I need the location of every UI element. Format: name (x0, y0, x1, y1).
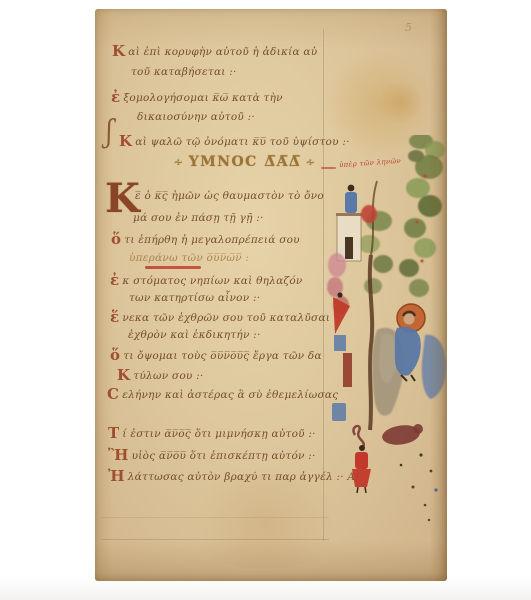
psalm-line: ἐκ στόματος νηπίων καὶ θηλαζόν (110, 271, 303, 289)
manuscript-page: 5 ʃ Καὶ ἐπὶ κορυφὴν αὐτοῦ ἡ ἀδικία αὐ το… (95, 9, 447, 581)
line-text: κ στόματος νηπίων καὶ θηλαζόν (122, 275, 302, 287)
stylite-figure-icon (345, 185, 357, 213)
psalm-line: των κατηρτίσω αἶνον :· (129, 292, 260, 304)
line-text: ξομολογήσομαι κ̅ω̅ κατὰ τὴν (123, 92, 282, 104)
line-initial: Ἢ (108, 446, 129, 464)
ruling-horizontal-upper (101, 517, 329, 518)
line-initial: ἕ (110, 308, 119, 326)
psalm-line: ὅτι ὄψομαι τοὺς ο̅υ̅ν̅ο̅υ̅ς̅ ἔργα τῶν δα (110, 346, 322, 364)
parchment-stain-small (377, 81, 425, 123)
line-initial: Κ (119, 132, 132, 150)
ruling-horizontal-lower (101, 539, 329, 540)
psalm-line: ἐχθρὸν καὶ ἐκδικητήν :· (128, 329, 261, 341)
line-initial: Κ (112, 42, 125, 60)
line-text: τι ἐπήρθη ἡ μεγαλοπρέπειά σου (124, 234, 300, 246)
blue-drapery-icon (422, 335, 446, 399)
line-text: ἐχθρὸν καὶ ἐκδικητήν :· (128, 329, 261, 341)
flower-icon (361, 205, 377, 223)
line-initial: ὅ (110, 346, 120, 364)
marginal-miniature (321, 135, 447, 530)
line-text: υἱὸς α̅ν̅ο̅υ̅ ὅτι ἐπισκέπτῃ αὐτόν :· (132, 450, 316, 462)
line-text: ί ἐστιν α̅ν̅ο̅ς̅ ὅτι μιμνήσκῃ αὐτοῦ :· (122, 428, 315, 440)
animal-icon (353, 423, 423, 447)
line-text: ε̅ ὁ κ̅ς̅ ἡμῶν ὡς θαυμαστὸν τὸ ὄνο (135, 190, 324, 202)
line-text: αὶ ἐπὶ κορυφὴν αὐτοῦ ἡ ἀδικία αὐ (128, 46, 317, 58)
line-initial: ἐ (110, 271, 119, 289)
line-text: μά σου ἐν πάσῃ τῇ γῇ :· (133, 212, 264, 224)
line-text: των κατηρτίσω αἶνον :· (129, 292, 260, 304)
heading-title: ΥΜΝΟϹ Δ̅Α̅Δ̅ (189, 154, 302, 170)
line-text: δικαιοσύνην αὐτοῦ :· (137, 111, 255, 123)
psalm-line: Ϲελήνην καὶ ἀστέρας ἃ σὺ ἐθεμελίωσας (107, 385, 338, 403)
line-initial: Ἠ (108, 467, 125, 485)
line-initial: ἐ (111, 88, 120, 106)
line-initial: Κ (117, 366, 130, 384)
red-underline (145, 266, 201, 269)
line-initial: Ϲ (107, 385, 119, 403)
psalm-line: ἕνεκα τῶν ἐχθρῶν σου τοῦ καταλῦσαι (110, 308, 330, 326)
psalm-line: Καὶ ψαλῶ τῷ ὀνόματι κ̅υ̅ τοῦ ὑψίστου :· (119, 132, 350, 150)
folio-number: 5 (405, 21, 412, 34)
line-text: τι ὄψομαι τοὺς ο̅υ̅ν̅ο̅υ̅ς̅ ἔργα τῶν δα (123, 350, 322, 362)
psalm-line: Τί ἐστιν α̅ν̅ο̅ς̅ ὅτι μιμνήσκῃ αὐτοῦ :· (108, 424, 316, 442)
line-text: νεκα τῶν ἐχθρῶν σου τοῦ καταλῦσαι (122, 312, 330, 324)
line-text: τύλων σου :· (133, 370, 203, 382)
paragraphos-mark: ʃ (106, 113, 113, 149)
line-initial: ὅ (111, 230, 121, 248)
line-text: τοῦ καταβήσεται :· (131, 66, 237, 78)
psalm-line: Καὶ ἐπὶ κορυφὴν αὐτοῦ ἡ ἀδικία αὐ (112, 42, 317, 60)
heading-ornament-left: ∻ (173, 155, 185, 169)
line-text: αὶ ψαλῶ τῷ ὀνόματι κ̅υ̅ τοῦ ὑψίστου :· (135, 136, 349, 148)
psalm-line-faded: ὑπεράνω τῶν ο̅υ̅ν̅ω̅ν̅ : (129, 252, 249, 264)
psalm-line: ε̅ ὁ κ̅ς̅ ἡμῶν ὡς θαυμαστὸν τὸ ὄνο (135, 190, 324, 202)
psalm-line: τοῦ καταβήσεται :· (131, 66, 237, 78)
psalm-line: ὅτι ἐπήρθη ἡ μεγαλοπρέπειά σου (111, 230, 300, 248)
psalm-line: Ἢυἱὸς α̅ν̅ο̅υ̅ ὅτι ἐπισκέπτῃ αὐτόν :· (108, 446, 316, 464)
psalm-line: ἐξομολογήσομαι κ̅ω̅ κατὰ τὴν (111, 88, 283, 106)
blue-figure-icon (332, 403, 346, 421)
psalm-line: Κτύλων σου :· (117, 366, 204, 384)
psalm-line: μά σου ἐν πάσῃ τῇ γῇ :· (133, 212, 264, 224)
heading-ornament-right: ∻ (305, 155, 317, 169)
red-triangle-figure-icon (333, 292, 352, 387)
haloed-saint-icon (395, 304, 425, 381)
photo-background: 5 ʃ Καὶ ἐπὶ κορυφὴν αὐτοῦ ἡ ἀδικία αὐ το… (0, 0, 531, 600)
hymn-heading: ∻ΥΜΝΟϹ Δ̅Α̅Δ̅∻ (165, 154, 325, 170)
psalm-line: δικαιοσύνην αὐτοῦ :· (137, 111, 255, 123)
line-text: ελήνην καὶ ἀστέρας ἃ σὺ ἐθεμελίωσας (122, 389, 338, 401)
ink-specks-icon (400, 453, 438, 521)
red-clad-figure-icon (352, 445, 371, 493)
line-text: ὑπεράνω τῶν ο̅υ̅ν̅ω̅ν̅ : (129, 252, 249, 264)
line-initial: Τ (108, 424, 119, 442)
